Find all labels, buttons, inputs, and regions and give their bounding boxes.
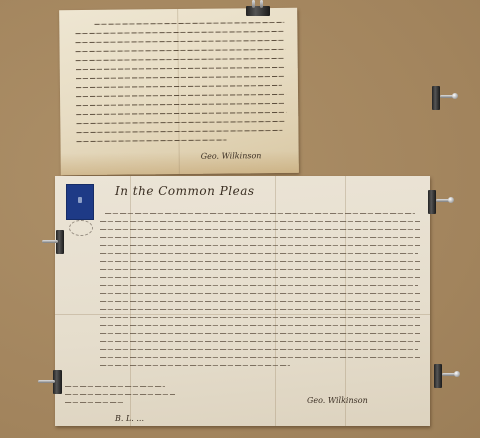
handwriting-line <box>100 293 420 294</box>
handwriting-line <box>100 269 420 270</box>
fold-line <box>177 9 180 174</box>
handwriting-line <box>94 22 284 25</box>
handwriting-line <box>76 49 286 52</box>
handwriting-line <box>76 121 284 124</box>
handwriting-line <box>100 357 420 358</box>
handwriting-line <box>100 317 420 318</box>
jurat-line <box>65 402 125 403</box>
jurat-line <box>65 394 175 395</box>
signature-lower-left: B. L. ... <box>115 414 144 423</box>
handwriting-line <box>77 140 227 143</box>
signature-top: Geo. Wilkinson <box>201 151 262 161</box>
handwriting-line <box>100 349 418 350</box>
handwriting-line <box>105 213 415 214</box>
handwriting-line <box>100 325 420 326</box>
handwriting-line <box>76 112 286 115</box>
handwriting-line <box>100 365 290 366</box>
handwriting-line <box>76 103 284 106</box>
seal-emboss <box>78 197 82 203</box>
handwriting-line <box>100 237 420 238</box>
signature-bottom: Geo. Wilkinson <box>307 396 368 405</box>
handwriting-line <box>100 301 420 302</box>
handwriting-line <box>76 76 284 79</box>
handwriting-line <box>75 40 283 43</box>
handwriting-line <box>76 94 286 97</box>
handwriting-line <box>100 221 420 222</box>
handwriting-line <box>75 31 283 34</box>
handwriting-line <box>100 309 420 310</box>
handwriting-line <box>76 58 284 61</box>
document-heading: In the Common Pleas <box>115 184 255 198</box>
handwriting-line <box>100 261 420 262</box>
ink-stamp <box>69 220 93 236</box>
handwriting-line <box>100 253 418 254</box>
blue-seal <box>66 184 94 220</box>
document-bottom-common-pleas: In the Common Pleas Geo. Wilkinson B. L.… <box>55 176 430 426</box>
fold-line <box>55 314 430 315</box>
handwriting-line <box>100 341 420 342</box>
handwriting-line <box>100 245 420 246</box>
handwriting-line <box>100 277 420 278</box>
handwriting-line <box>100 229 420 230</box>
handwriting-line <box>76 67 286 70</box>
handwriting-line <box>100 333 420 334</box>
document-top-certificate: Geo. Wilkinson <box>59 8 299 175</box>
handwriting-line <box>100 285 418 286</box>
jurat-line <box>65 386 165 387</box>
